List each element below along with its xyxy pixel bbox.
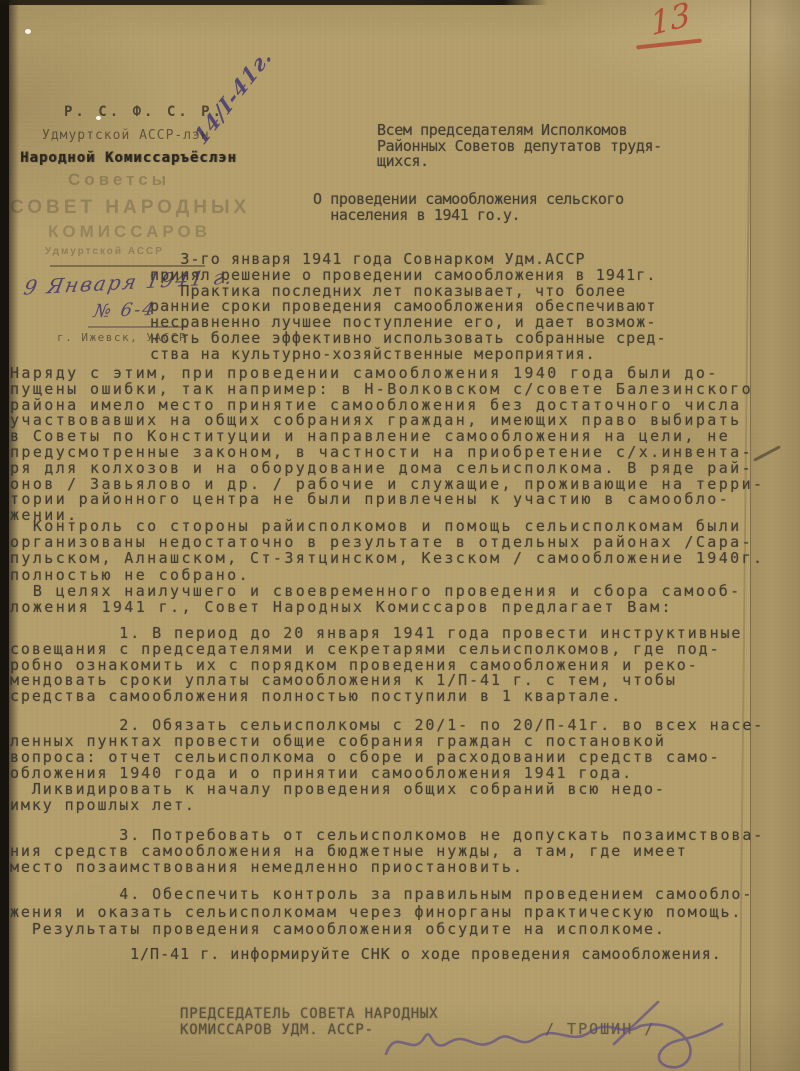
body-item-1: 1. В период до 20 января 1941 года прове… — [10, 626, 742, 705]
page-number-pencil: 13 — [649, 0, 692, 43]
closing-line: 1/П-41 г. информируйте СНК о ходе провед… — [130, 947, 722, 963]
letterhead-narkom-line: Народной Комиссаръёслэн — [20, 150, 237, 166]
subject-line: О проведении самообложения сельского нас… — [313, 192, 624, 223]
scan-edge-top — [0, 0, 548, 5]
paper-speck — [25, 29, 31, 34]
letterhead-small-line: Удмуртской АССР — [45, 246, 164, 257]
scan-edge-left — [0, 0, 9, 1071]
page-number-underline — [636, 39, 702, 50]
body-paragraph-2: Наряду с этим, при проведении самообложе… — [10, 366, 764, 524]
letterhead-udmurt-assr: Удмуртской АССР-лэн — [42, 128, 210, 143]
body-item-2: 2. Обязать сельисполкомы с 20/1- по 20/П… — [10, 717, 764, 813]
addressee-block: Всем председателям Исполкомов Районных С… — [377, 123, 662, 170]
body-paragraph-1: 3-го января 1941 года Совнарком Удм.АССР… — [150, 252, 667, 363]
body-item-4: 4. Обеспечить контроль за правильным про… — [10, 886, 753, 939]
body-paragraph-3: Контроль со стороны райисполкомов и помо… — [10, 518, 764, 615]
letterhead-komissarov: КОМИССАРОВ — [48, 222, 211, 242]
letterhead-sovetsy: Советсы — [68, 170, 170, 190]
letterhead-rsfsr: Р. С. Ф. С. Р. — [64, 104, 224, 120]
letterhead-sovet-narodnykh: СОВЕТ НАРОДНЫХ — [10, 197, 250, 219]
signature-ink — [378, 996, 728, 1071]
handwritten-number: № 6-4 — [92, 299, 157, 322]
body-item-3: 3. Потребовать от сельисполкомов не допу… — [10, 827, 764, 875]
scanned-document-page: 13 14/I-41г. Р. С. Ф. С. Р. Удмуртской А… — [0, 0, 800, 1071]
